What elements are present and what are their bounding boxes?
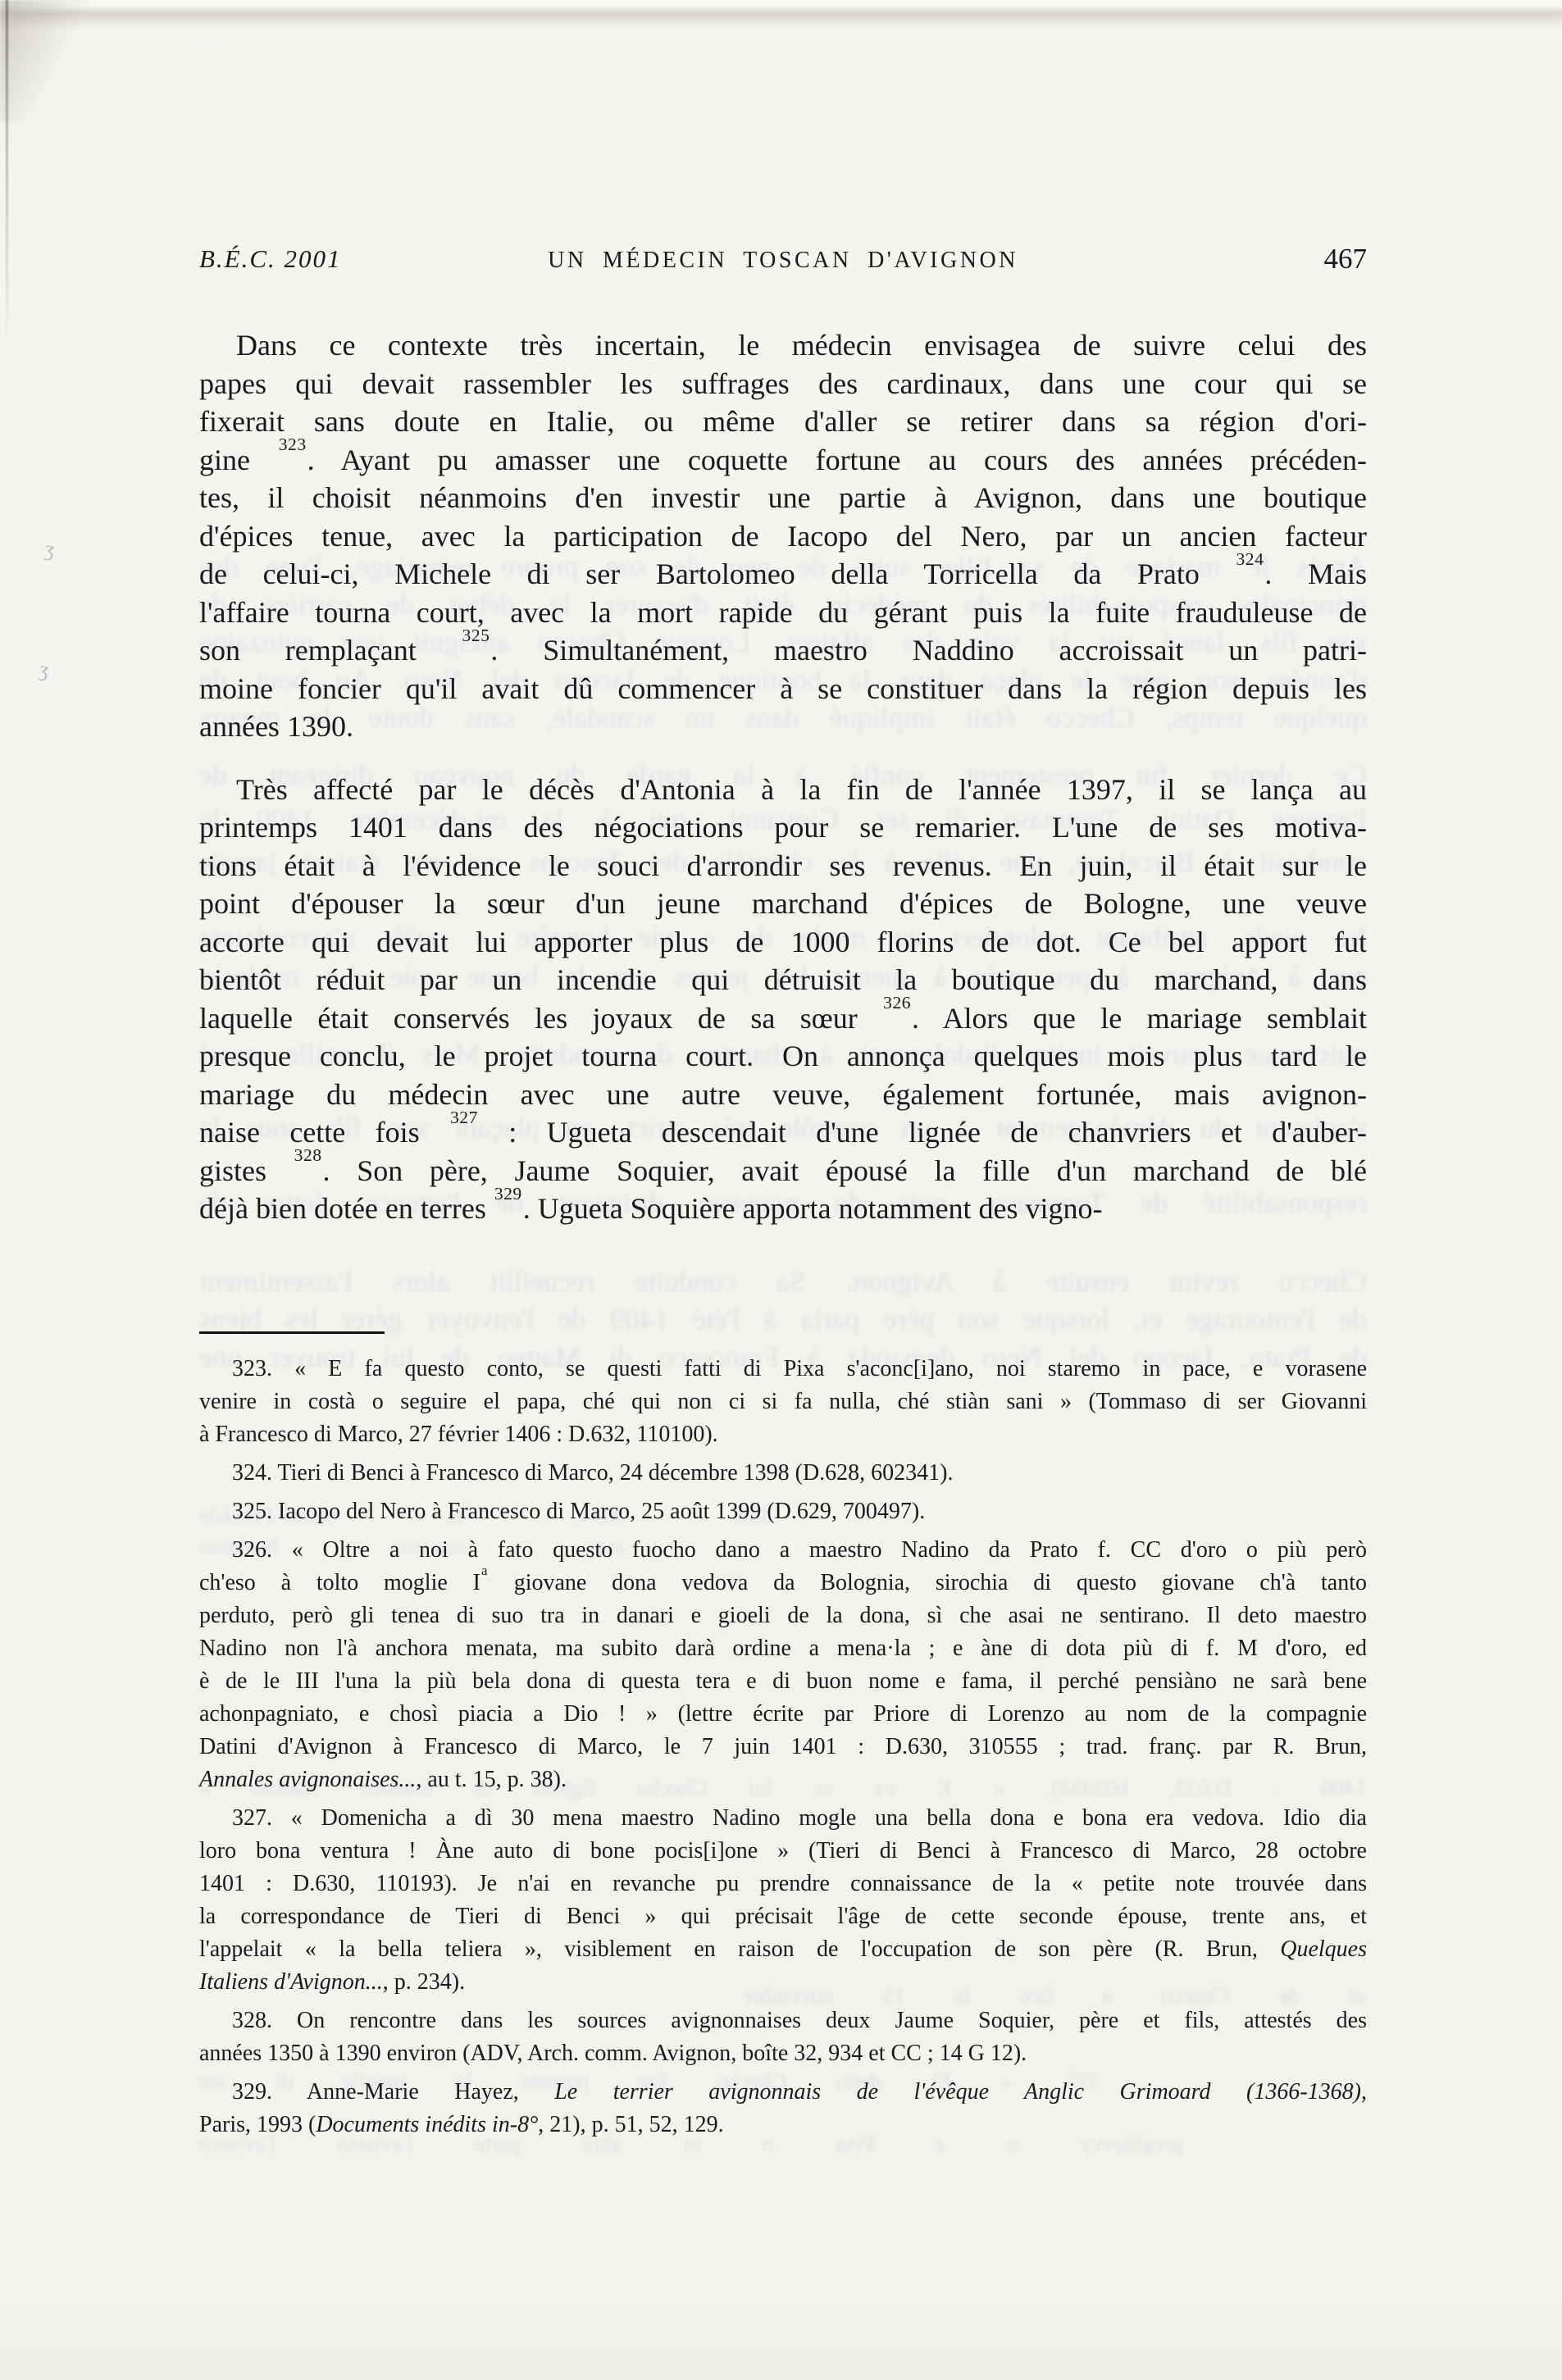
text-line: 325. Iacopo del Nero à Francesco di Marc… xyxy=(199,1495,1367,1528)
footnote-328: 328. On rencontre dans les sources avign… xyxy=(199,2005,1367,2070)
text-line: papes qui devait rassembler les suffrage… xyxy=(199,365,1367,403)
text-line: laquelle était conservés les joyaux de s… xyxy=(199,999,1367,1038)
text-line: moine foncier qu'il avait dû commencer à… xyxy=(199,670,1367,708)
text-line: 326. « Oltre a noi à fato questo fuocho … xyxy=(199,1534,1367,1567)
left-edge-shadow xyxy=(6,0,8,353)
text-line: tes, il choisit néanmoins d'en investir … xyxy=(199,479,1367,517)
text-line: l'affaire tourna court, avec la mort rap… xyxy=(199,594,1367,632)
text-line: Datini d'Avignon à Francesco di Marco, l… xyxy=(199,1731,1367,1763)
text-line: 1401 : D.630, 110193). Je n'ai en revanc… xyxy=(199,1868,1367,1900)
ink-speck xyxy=(43,536,57,562)
footnote-ref: 325 xyxy=(462,626,491,645)
text-line: mariage du médecin avec une autre veuve,… xyxy=(199,1076,1367,1114)
footnote-separator xyxy=(199,1331,385,1334)
footnote-ref: 326 xyxy=(882,993,912,1013)
text-line: è de le III l'una la più bela dona di qu… xyxy=(199,1665,1367,1698)
bleedthrough-line: Checco revint ensuite à Avignon. Sa cond… xyxy=(199,1263,1367,1300)
footnote-ref: 328 xyxy=(294,1145,323,1165)
text-line: accorte qui devait lui apporter plus de … xyxy=(199,923,1367,962)
text-line: son remplaçant 325. Simultanément, maest… xyxy=(199,631,1367,670)
text-line: 327. « Domenicha a dì 30 mena maestro Na… xyxy=(199,1802,1367,1835)
text-line: déjà bien dotée en terres 329. Ugueta So… xyxy=(199,1190,1367,1228)
footnote-ref: a xyxy=(480,1563,489,1578)
footnote-324: 324. Tieri di Benci à Francesco di Marco… xyxy=(199,1457,1367,1490)
paragraph: Dans ce contexte très incertain, le méde… xyxy=(199,326,1367,746)
page-header: B.É.C. 2001 UN MÉDECIN TOSCAN D'AVIGNON … xyxy=(199,243,1367,284)
paragraph: Très affecté par le décès d'Antonia à la… xyxy=(199,771,1367,1228)
text-line: 328. On rencontre dans les sources avign… xyxy=(199,2005,1367,2037)
text-line: point d'épouser la sœur d'un jeune march… xyxy=(199,885,1367,923)
footnote-323: 323. « E fa questo conto, se questi fatt… xyxy=(199,1353,1367,1451)
text-line: perduto, però gli tenea di suo tra in da… xyxy=(199,1600,1367,1632)
text-line: Nadino non l'à anchora menata, ma subito… xyxy=(199,1632,1367,1665)
text-line: venire in costà o seguire el papa, ché q… xyxy=(199,1386,1367,1418)
text-line: loro bona ventura ! Àne auto di bone poc… xyxy=(199,1835,1367,1868)
text-line: Italiens d'Avignon..., p. 234). xyxy=(199,1966,1367,1999)
text-line: presque conclu, le projet tourna court. … xyxy=(199,1037,1367,1076)
text-line: gistes 328. Son père, Jaume Soquier, ava… xyxy=(199,1152,1367,1190)
text-line: gine 323. Ayant pu amasser une coquette … xyxy=(199,441,1367,480)
text-line: Annales avignonaises..., au t. 15, p. 38… xyxy=(199,1763,1367,1796)
top-crease xyxy=(0,4,1562,29)
ink-speck xyxy=(37,657,52,683)
text-line: années 1350 à 1390 environ (ADV, Arch. c… xyxy=(199,2037,1367,2070)
text-line: naise cette fois 327 : Ugueta descendait… xyxy=(199,1113,1367,1152)
text-line: printemps 1401 dans des négociations pou… xyxy=(199,808,1367,847)
text-line: tions était à l'évidence le souci d'arro… xyxy=(199,847,1367,885)
text-line: fixerait sans doute en Italie, ou même d… xyxy=(199,403,1367,441)
footnote-329: 329. Anne-Marie Hayez, Le terrier avigno… xyxy=(199,2076,1367,2141)
footnote-ref: 329 xyxy=(494,1184,523,1204)
footnotes: 323. « E fa questo conto, se questi fatt… xyxy=(199,1353,1367,2147)
footnote-326: 326. « Oltre a noi à fato questo fuocho … xyxy=(199,1534,1367,1796)
text-line: 324. Tieri di Benci à Francesco di Marco… xyxy=(199,1457,1367,1490)
text-line: années 1390. xyxy=(199,708,1367,746)
text-line: à Francesco di Marco, 27 février 1406 : … xyxy=(199,1418,1367,1451)
text-line: Dans ce contexte très incertain, le méde… xyxy=(199,326,1367,365)
text-line: l'appelait « la bella teliera », visible… xyxy=(199,1933,1367,1966)
text-line: Paris, 1993 (Documents inédits in-8°, 21… xyxy=(199,2109,1367,2141)
text-line: 329. Anne-Marie Hayez, Le terrier avigno… xyxy=(199,2076,1367,2109)
running-title: UN MÉDECIN TOSCAN D'AVIGNON xyxy=(199,248,1367,274)
text-line: Très affecté par le décès d'Antonia à la… xyxy=(199,771,1367,809)
body-text: Dans ce contexte très incertain, le méde… xyxy=(199,326,1367,1253)
footnote-325: 325. Iacopo del Nero à Francesco di Marc… xyxy=(199,1495,1367,1528)
footnote-ref: 327 xyxy=(449,1108,479,1127)
footnote-ref: 323 xyxy=(278,435,307,454)
text-line: ch'eso à tolto moglie Ia giovane dona ve… xyxy=(199,1567,1367,1600)
text-line: achonpagniato, e chosì piacia a Dio ! » … xyxy=(199,1698,1367,1731)
page-number: 467 xyxy=(1324,243,1368,275)
text-line: la correspondance de Tieri di Benci » qu… xyxy=(199,1900,1367,1933)
page-scan: Après le mariage de sa fille, suivi de p… xyxy=(0,0,1562,2380)
text-line: de celui-ci, Michele di ser Bartolomeo d… xyxy=(199,555,1367,594)
corner-fold xyxy=(0,0,90,123)
text-line: 323. « E fa questo conto, se questi fatt… xyxy=(199,1353,1367,1386)
footnote-ref: 324 xyxy=(1236,549,1265,569)
text-line: bientôt réduit par un incendie qui détru… xyxy=(199,961,1367,999)
text-line: d'épices tenue, avec la participation de… xyxy=(199,517,1367,556)
footnote-327: 327. « Domenicha a dì 30 mena maestro Na… xyxy=(199,1802,1367,1999)
